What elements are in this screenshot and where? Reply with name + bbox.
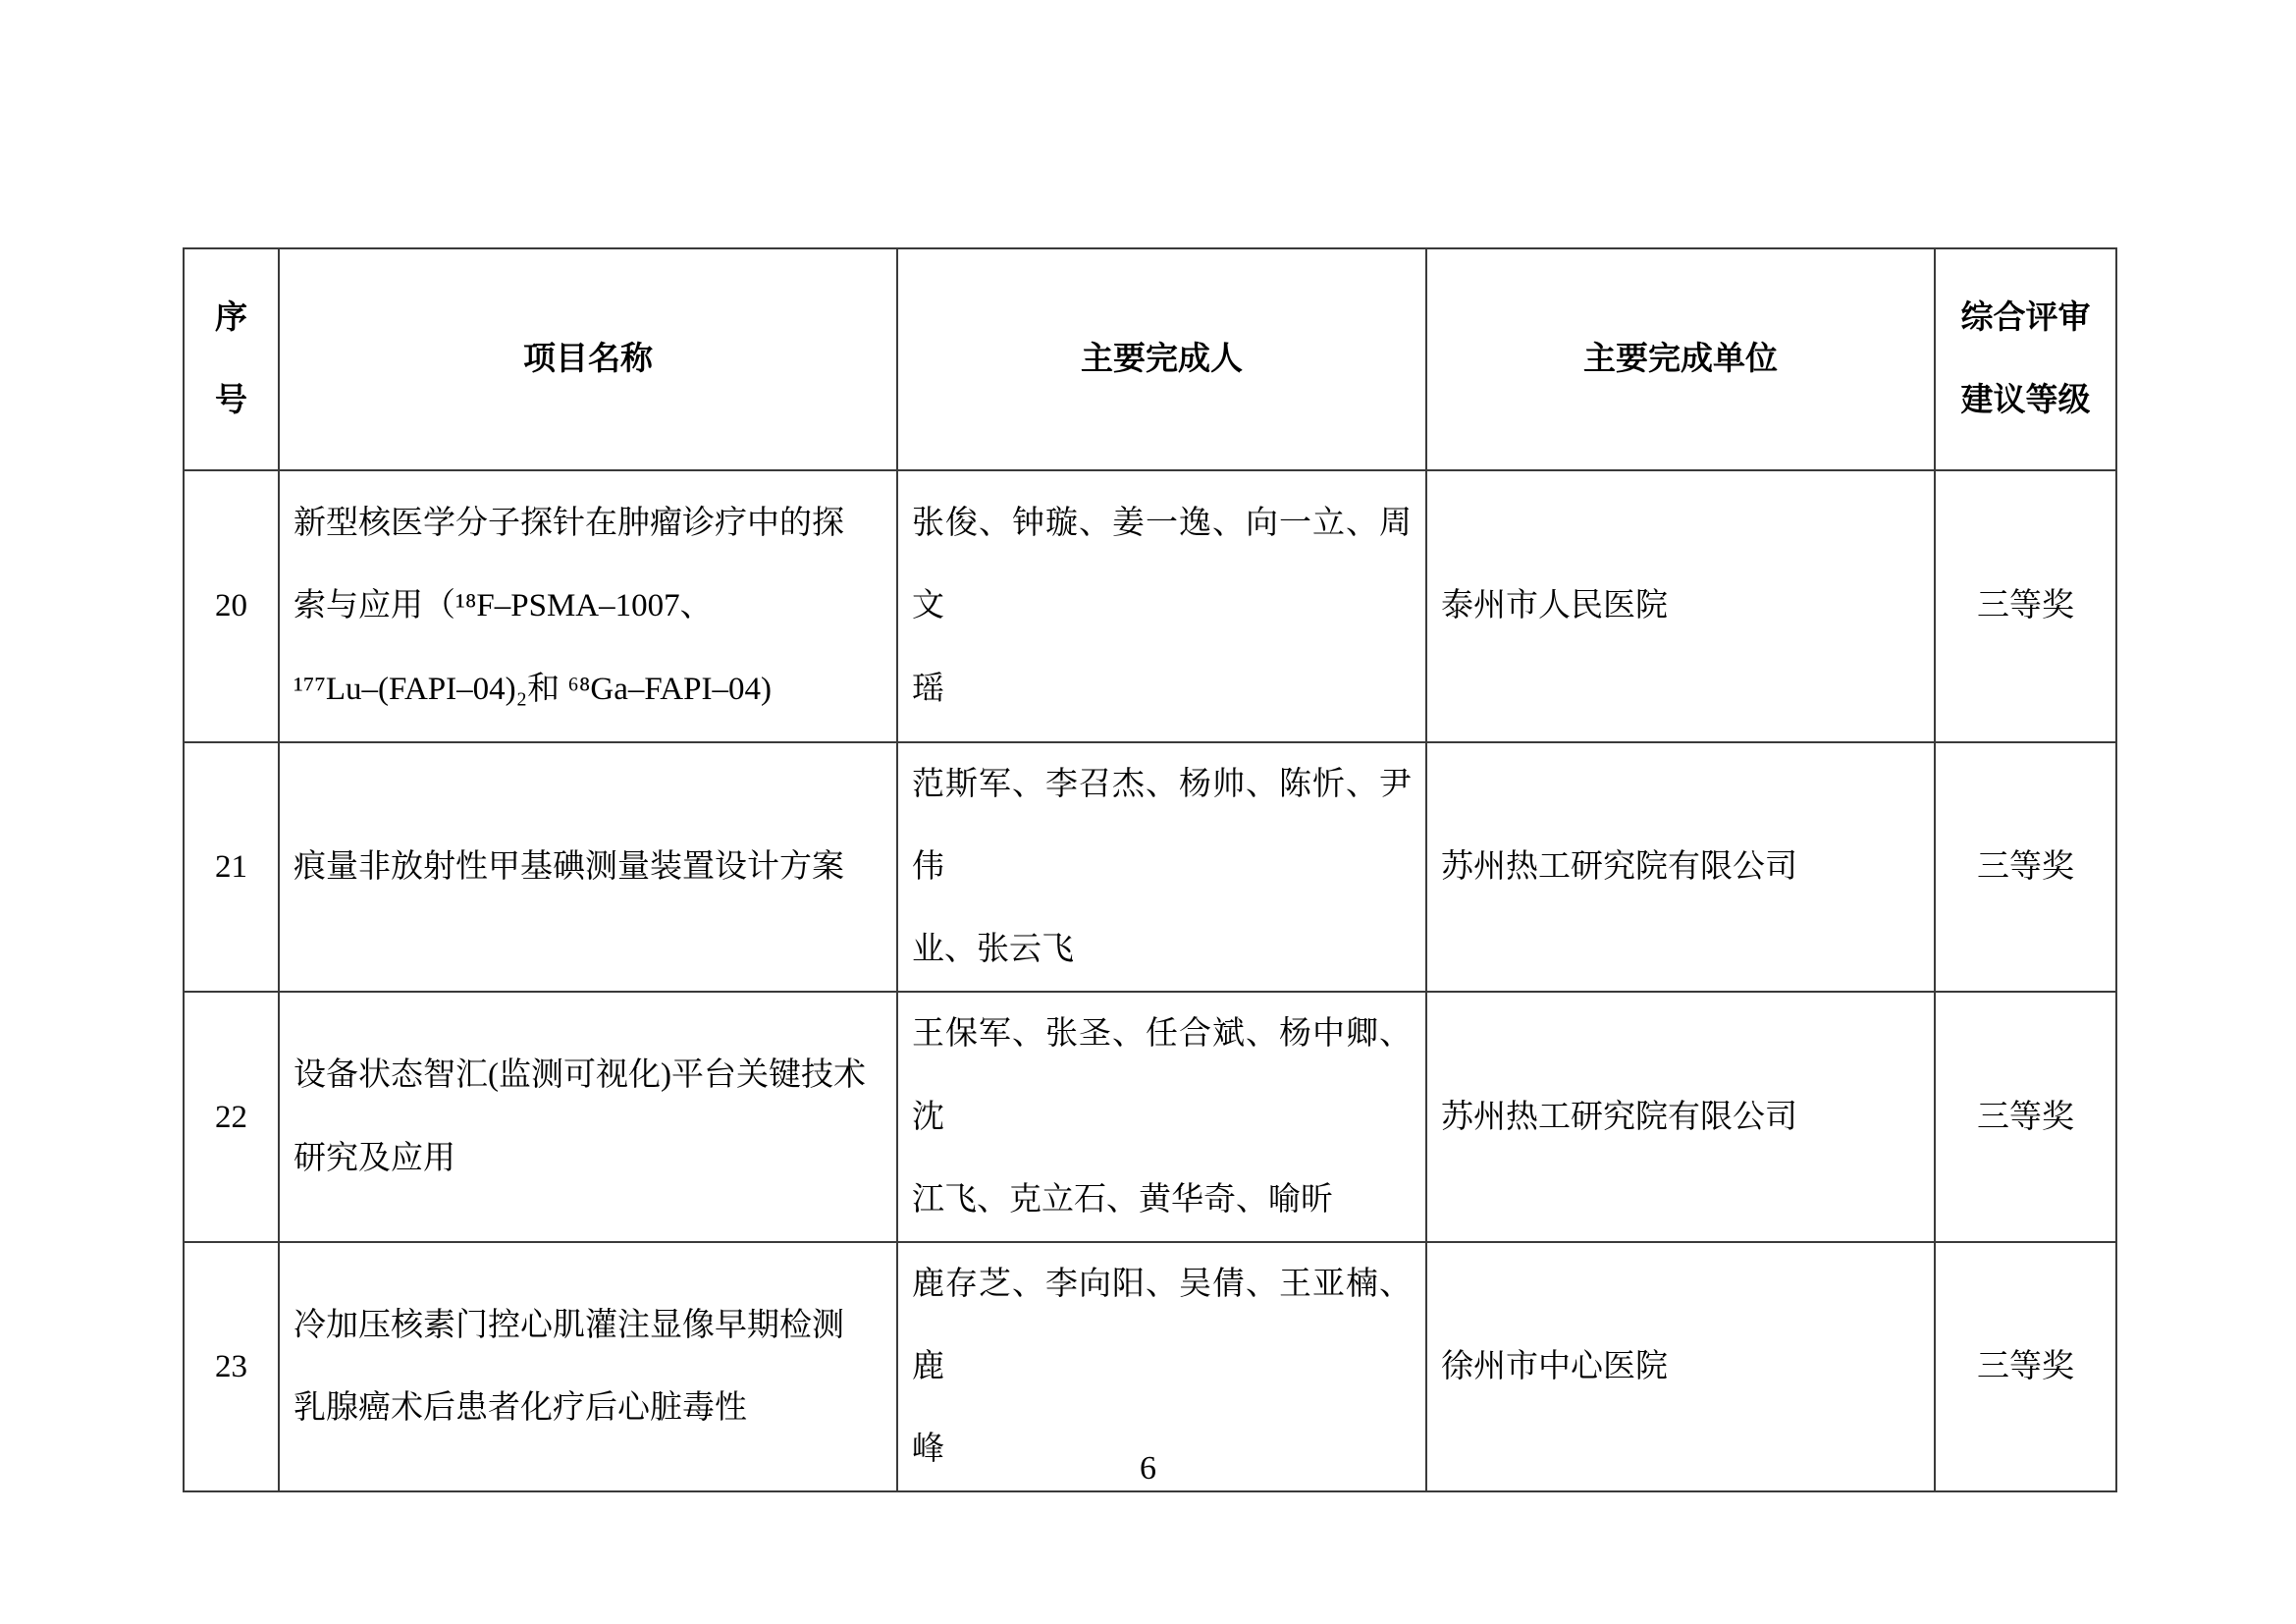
- col-header-index: 序 号: [184, 248, 279, 470]
- row-21-grade: 三等奖: [1935, 742, 2116, 992]
- row-21-organization: 苏州热工研究院有限公司: [1426, 742, 1935, 992]
- table-header-row: 序 号 项目名称 主要完成人 主要完成单位 综合评审 建议等级: [184, 248, 2116, 470]
- table-row-20: 20 新型核医学分子探针在肿瘤诊疗中的探 索与应用（¹⁸F–PSMA–1007、…: [184, 470, 2116, 742]
- row-22-organization: 苏州热工研究院有限公司: [1426, 992, 1935, 1241]
- row-21-contributors: 范斯军、李召杰、杨帅、陈忻、尹伟 业、张云飞: [897, 742, 1426, 992]
- row-20-contributors: 张俊、钟璇、姜一逸、向一立、周文 瑶: [897, 470, 1426, 742]
- row-22-grade: 三等奖: [1935, 992, 2116, 1241]
- row-20-project: 新型核医学分子探针在肿瘤诊疗中的探 索与应用（¹⁸F–PSMA–1007、 ¹⁷…: [279, 470, 897, 742]
- table-row-22: 22 设备状态智汇(监测可视化)平台关键技术 研究及应用 王保军、张圣、任合斌、…: [184, 992, 2116, 1241]
- row-21-index: 21: [184, 742, 279, 992]
- row-21-project: 痕量非放射性甲基碘测量装置设计方案: [279, 742, 897, 992]
- row-22-contributors: 王保军、张圣、任合斌、杨中卿、沈 江飞、克立石、黄华奇、喻昕: [897, 992, 1426, 1241]
- row-20-organization: 泰州市人民医院: [1426, 470, 1935, 742]
- page-number: 6: [0, 1449, 2296, 1489]
- col-header-project: 项目名称: [279, 248, 897, 470]
- row-20-grade: 三等奖: [1935, 470, 2116, 742]
- col-header-organization: 主要完成单位: [1426, 248, 1935, 470]
- table-row-21: 21 痕量非放射性甲基碘测量装置设计方案 范斯军、李召杰、杨帅、陈忻、尹伟 业、…: [184, 742, 2116, 992]
- row-22-project: 设备状态智汇(监测可视化)平台关键技术 研究及应用: [279, 992, 897, 1241]
- row-20-index: 20: [184, 470, 279, 742]
- document-page: 序 号 项目名称 主要完成人 主要完成单位 综合评审 建议等级 20 新型核医学…: [0, 0, 2296, 1624]
- row-22-index: 22: [184, 992, 279, 1241]
- awards-table: 序 号 项目名称 主要完成人 主要完成单位 综合评审 建议等级 20 新型核医学…: [183, 247, 2117, 1492]
- col-header-contributors: 主要完成人: [897, 248, 1426, 470]
- col-header-grade: 综合评审 建议等级: [1935, 248, 2116, 470]
